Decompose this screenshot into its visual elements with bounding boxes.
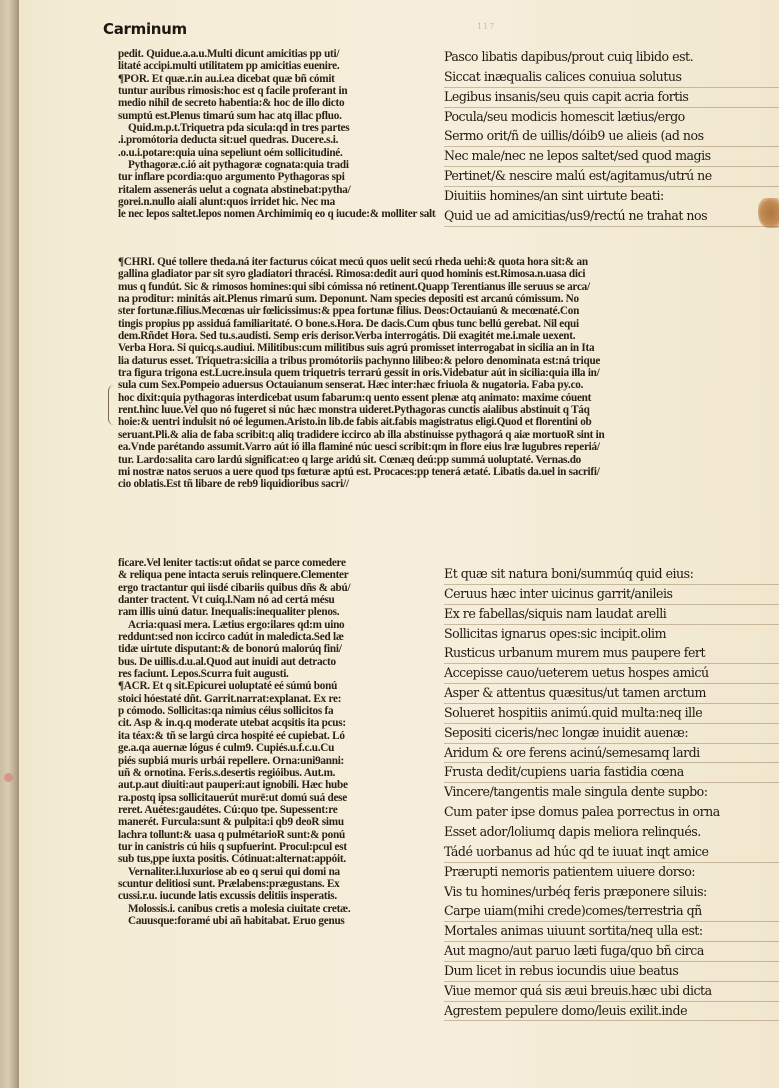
commentary-line: tra figura trigona est.Lucre.insula quem… (118, 367, 774, 379)
commentary-line: ¶POR. Et quæ.r.in au.i.ea dicebat quæ bñ… (118, 73, 436, 85)
commentary-line: res faciunt. Lepos.Scurra fuit augusti. (118, 668, 444, 680)
commentary-line: ritalem assenerás uelut a cognata abstin… (118, 184, 436, 196)
verse-line: Aut magno/aut paruo læti fuga/quo bñ cir… (444, 942, 779, 962)
commentary-line: mus q fundút. Sic & rimosos homines:qui … (118, 281, 774, 293)
commentary-line: ster fortunæ.filius.Mecœnas uir fœliciss… (118, 305, 774, 317)
commentary-line: uñ & ornotina. Feris.s.desertis regióibu… (118, 767, 444, 779)
verse-line: Legibus insanis/seu quis capit acria for… (444, 88, 779, 108)
verse-line: Dum licet in rebus iocundis uiue beatus (444, 962, 779, 982)
verse-line: Frusta dedit/cupiens uaria fastidia cœna (444, 763, 779, 783)
folio-number: 117 (477, 22, 495, 31)
commentary-line: tingis propius pp assiduá familiaritaté.… (118, 318, 774, 330)
commentary-line: p cómodo. Sollicitas:qa nimius céius sol… (118, 705, 444, 717)
commentary-line: ficare.Vel leniter tactis:ut oñdat se pa… (118, 557, 444, 569)
running-head: Carminum (103, 20, 187, 38)
commentary-line: tur. Lardo:salita caro lardú significat:… (118, 454, 774, 466)
red-ink-mark (4, 773, 13, 782)
commentary-line: tur inflare pcordia:quo argumento Pythag… (118, 171, 436, 183)
verse-line: Quid ue ad amicitias/us9/rectú ne trahat… (444, 207, 779, 227)
commentary-line: hoie:& uentri indulsit nó oé legumen.Ari… (118, 416, 774, 428)
verse-line: Viue memor quá sis æui breuis.hæc ubi di… (444, 982, 779, 1002)
commentary-line: gorei.n.nullo aiali alunt:quos irridet h… (118, 196, 436, 208)
commentary-line: ¶CHRI. Qué tollere theda.ná iter facturu… (118, 256, 774, 268)
verse-line: Solueret hospitiis animú.quid multa:neq … (444, 704, 779, 724)
commentary-line: mi nostræ natos seruos a uere quod tps f… (118, 466, 774, 478)
verse-line: Carpe uiam(mihi crede)comes/terrestria q… (444, 902, 779, 922)
commentary-line: reddunt:sed non iccirco cadút in maledic… (118, 631, 444, 643)
commentary-line: Molossis.i. canibus cretis a molesia ciu… (118, 903, 444, 915)
commentary-block-wide: ¶CHRI. Qué tollere theda.ná iter facturu… (118, 256, 774, 491)
commentary-line: ge.a.qa auernæ lógus é culm9. Cupiés.u.f… (118, 742, 444, 754)
verse-block-upper: Pasco libatis dapibus/prout cuiq libido … (444, 48, 779, 227)
commentary-line: cussi.r.u. iucunde latis excussis deliti… (118, 890, 444, 902)
commentary-line: ergo tractantur qui iisdé cibariis quibu… (118, 582, 444, 594)
verse-line: Ex re fabellas/siquis nam laudat arelli (444, 605, 779, 625)
verse-line: Aridum & ore ferens acinú/semesamq lardi (444, 744, 779, 764)
verse-line: Accepisse cauo/ueterem uetus hospes amic… (444, 664, 779, 684)
commentary-line: Cauusque:foramé ubi añ habitabat. Eruo g… (118, 915, 444, 927)
verse-line: Agrestem pepulere domo/leuis exilit.inde (444, 1002, 779, 1022)
commentary-line: tidæ uirtute disputant:& de bonorú malor… (118, 643, 444, 655)
commentary-line: piés supbiá muris urbái repellere. Orna:… (118, 755, 444, 767)
verse-line: Esset ador/loliumq dapis meliora relinqu… (444, 823, 779, 843)
page-gutter (0, 0, 19, 1088)
verse-line: Ceruus hæc inter uicinus garrit/anileis (444, 585, 779, 605)
book-page: 117 Carminum pedit. Quidue.a.a.u.Multi d… (0, 0, 779, 1088)
commentary-block-lower: ficare.Vel leniter tactis:ut oñdat se pa… (118, 557, 444, 927)
commentary-line: pedit. Quidue.a.a.u.Multi dicunt amiciti… (118, 48, 436, 60)
verse-line: Vincere/tangentis male singula dente sup… (444, 783, 779, 803)
commentary-line: le nec lepos saltet.lepos nomen Archimim… (118, 208, 436, 220)
verse-line: Pocula/seu modicis homescit lætius/ergo (444, 108, 779, 128)
commentary-line: seruant.Pli.& alia de faba scribit:q ali… (118, 429, 774, 441)
commentary-line: bus. De uillis.d.u.al.Quod aut inuidi au… (118, 656, 444, 668)
commentary-line: Verba Hora. Si quicq.s.audiui. Militibus… (118, 342, 774, 354)
commentary-line: Pythagoræ.c.ió ait pythagoræ cognata:qui… (118, 159, 436, 171)
commentary-line: dem.Rñdet Hora. Sed tu.s.audisti. Semp e… (118, 330, 774, 342)
verse-line: Pertinet/& nescire malú est/agitamus/utr… (444, 167, 779, 187)
commentary-line: .o.u.i.potare:quia uina sepeliunt oém so… (118, 147, 436, 159)
verse-line: Diuitiis homines/an sint uirtute beati: (444, 187, 779, 207)
verse-line: Nec male/nec ne lepos saltet/sed quod ma… (444, 147, 779, 167)
commentary-line: lachra tollunt:& uasa q pulmétarioR sunt… (118, 829, 444, 841)
commentary-line: rent.hinc luue.Vel quo nó fugeret si núc… (118, 404, 774, 416)
verse-line: Et quæ sit natura boni/summúq quid eius: (444, 565, 779, 585)
verse-block-lower: Et quæ sit natura boni/summúq quid eius:… (444, 565, 779, 1021)
verse-line: Rusticus urbanum murem mus paupere fert (444, 644, 779, 664)
commentary-line: sub tus,ppe iuxta positis. Cótinuat:alte… (118, 853, 444, 865)
commentary-line: ea.Vnde parétando assumit.Varro aút ió i… (118, 441, 774, 453)
commentary-line: & reliqua pene intacta seruis relinquere… (118, 569, 444, 581)
commentary-line: Quid.m.p.t.Triquetra pda sicula:qd in tr… (118, 122, 436, 134)
commentary-line: ra.postq ipsa sollicitauerút murë:ut dom… (118, 792, 444, 804)
verse-line: Vis tu homines/urbéq feris præponere sil… (444, 883, 779, 903)
commentary-line: sumptú est.Plenus timarú sum hac atq ill… (118, 110, 436, 122)
commentary-line: manerét. Furcula:sunt & pulpita:i qb9 de… (118, 816, 444, 828)
commentary-line: sula cum Sex.Pompeio aduersus Octauianum… (118, 379, 774, 391)
commentary-line: danter tractent. Vt cuiq.l.Nam nó ad cer… (118, 594, 444, 606)
commentary-line: tuntur auribus rimosis:hoc est q facile … (118, 85, 436, 97)
commentary-line: Acria:quasi mera. Lætius ergo:ilares qd:… (118, 619, 444, 631)
commentary-line: medio nihil de secreto habentia:& hoc de… (118, 97, 436, 109)
margin-bracket-mark (108, 385, 114, 425)
verse-line: Siccat inæqualis calices conuiua solutus (444, 68, 779, 88)
verse-line: Sermo orit/ñ de uillis/dóib9 ue alieis (… (444, 127, 779, 147)
commentary-line: aut.p.aut diuiti:aut pauperi:aut ignobil… (118, 779, 444, 791)
commentary-line: litaté accipi.multi utilitatem pp amicit… (118, 60, 436, 72)
commentary-line: reret. Auétes:gaudétes. Cú:quo tpe. Supe… (118, 804, 444, 816)
commentary-line: cit. Asp & in.q.q moderate utebat acqsit… (118, 717, 444, 729)
commentary-line: scuntur delitiosi sunt. Prælabens:prægus… (118, 878, 444, 890)
commentary-line: .i.promótoria deducta sit:uel quedras. D… (118, 134, 436, 146)
verse-line: Cum pater ipse domus palea porrectus in … (444, 803, 779, 823)
commentary-line: lia daturus esset. Triquetra:sicilia a t… (118, 355, 774, 367)
commentary-line: Vernaliter.i.luxuriose ab eo q serui qui… (118, 866, 444, 878)
commentary-line: hoc dixit:quia pythagoras interdicebat u… (118, 392, 774, 404)
verse-line: Pasco libatis dapibus/prout cuiq libido … (444, 48, 779, 68)
verse-line: Tádé uorbanus ad húc qd te iuuat inqt am… (444, 843, 779, 863)
verse-line: Sepositi ciceris/nec longæ inuidit auenæ… (444, 724, 779, 744)
verse-line: Sollicitas ignarus opes:sic incipit.olim (444, 625, 779, 645)
commentary-block-top: pedit. Quidue.a.a.u.Multi dicunt amiciti… (118, 48, 436, 221)
verse-line: Mortales animas uiuunt sortita/neq ulla … (444, 922, 779, 942)
verse-line: Prærupti nemoris patientem uiuere dorso: (444, 863, 779, 883)
commentary-line: gallina gladiator par sit syro gladiator… (118, 268, 774, 280)
commentary-line: na proditur: minitás ait.Plenus rimarú s… (118, 293, 774, 305)
commentary-line: ita téax:& tñ se largú circa hospité eé … (118, 730, 444, 742)
commentary-line: cio oblatis.Est tñ libare de reb9 liquid… (118, 478, 774, 490)
commentary-line: ¶ACR. Et q sit.Epicurei uoluptaté eé súm… (118, 680, 444, 692)
commentary-line: stoici hóestaté dñt. Garrit.narrat:expla… (118, 693, 444, 705)
commentary-line: tur in canistris cú hiis q supfuerint. P… (118, 841, 444, 853)
verse-line: Asper & attentus quæsitus/ut tamen arctu… (444, 684, 779, 704)
commentary-line: ram illis uinú datur. Inequalis:inequali… (118, 606, 444, 618)
